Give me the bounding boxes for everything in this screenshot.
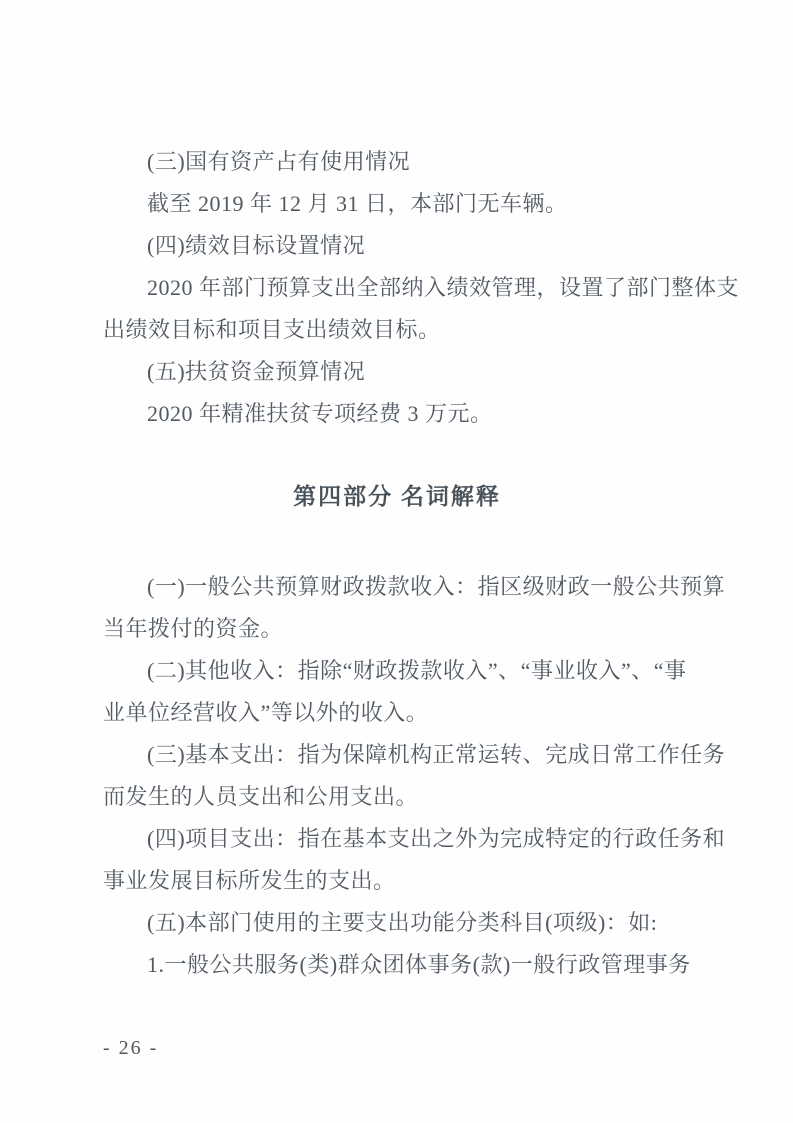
text-line: 而发生的人员支出和公用支出。 — [103, 776, 691, 818]
text-line: (三)国有资产占有使用情况 — [103, 141, 691, 183]
text-line: (五)本部门使用的主要支出功能分类科目(项级)：如: — [103, 902, 691, 944]
text-line: 当年拨付的资金。 — [103, 608, 691, 650]
text-line: 2020 年部门预算支出全部纳入绩效管理，设置了部门整体支 — [103, 267, 691, 309]
text-line: 截至 2019 年 12 月 31 日，本部门无车辆。 — [103, 183, 691, 225]
text-line: 1.一般公共服务(类)群众团体事务(款)一般行政管理事务 — [103, 944, 691, 986]
document-page: (三)国有资产占有使用情况 截至 2019 年 12 月 31 日，本部门无车辆… — [0, 0, 793, 1123]
text-line: 出绩效目标和项目支出绩效目标。 — [103, 309, 691, 351]
text-line: (四)项目支出：指在基本支出之外为完成特定的行政任务和 — [103, 818, 691, 860]
document-body: (三)国有资产占有使用情况 截至 2019 年 12 月 31 日，本部门无车辆… — [103, 141, 691, 986]
text-line: (二)其他收入：指除“财政拨款收入”、“事业收入”、“事 — [103, 650, 691, 692]
text-line: (五)扶贫资金预算情况 — [103, 351, 691, 393]
text-line: 2020 年精准扶贫专项经费 3 万元。 — [103, 393, 691, 435]
section-glossary: (一)一般公共预算财政拨款收入：指区级财政一般公共预算 当年拨付的资金。 (二)… — [103, 566, 691, 986]
text-line: 业单位经营收入”等以外的收入。 — [103, 692, 691, 734]
text-line: 事业发展目标所发生的支出。 — [103, 860, 691, 902]
page-number: - 26 - — [103, 1036, 158, 1060]
text-line: (三)基本支出：指为保障机构正常运转、完成日常工作任务 — [103, 734, 691, 776]
section-heading: 第四部分 名词解释 — [103, 476, 691, 518]
text-line: (一)一般公共预算财政拨款收入：指区级财政一般公共预算 — [103, 566, 691, 608]
text-line: (四)绩效目标设置情况 — [103, 225, 691, 267]
section-asset-usage: (三)国有资产占有使用情况 截至 2019 年 12 月 31 日，本部门无车辆… — [103, 141, 691, 435]
